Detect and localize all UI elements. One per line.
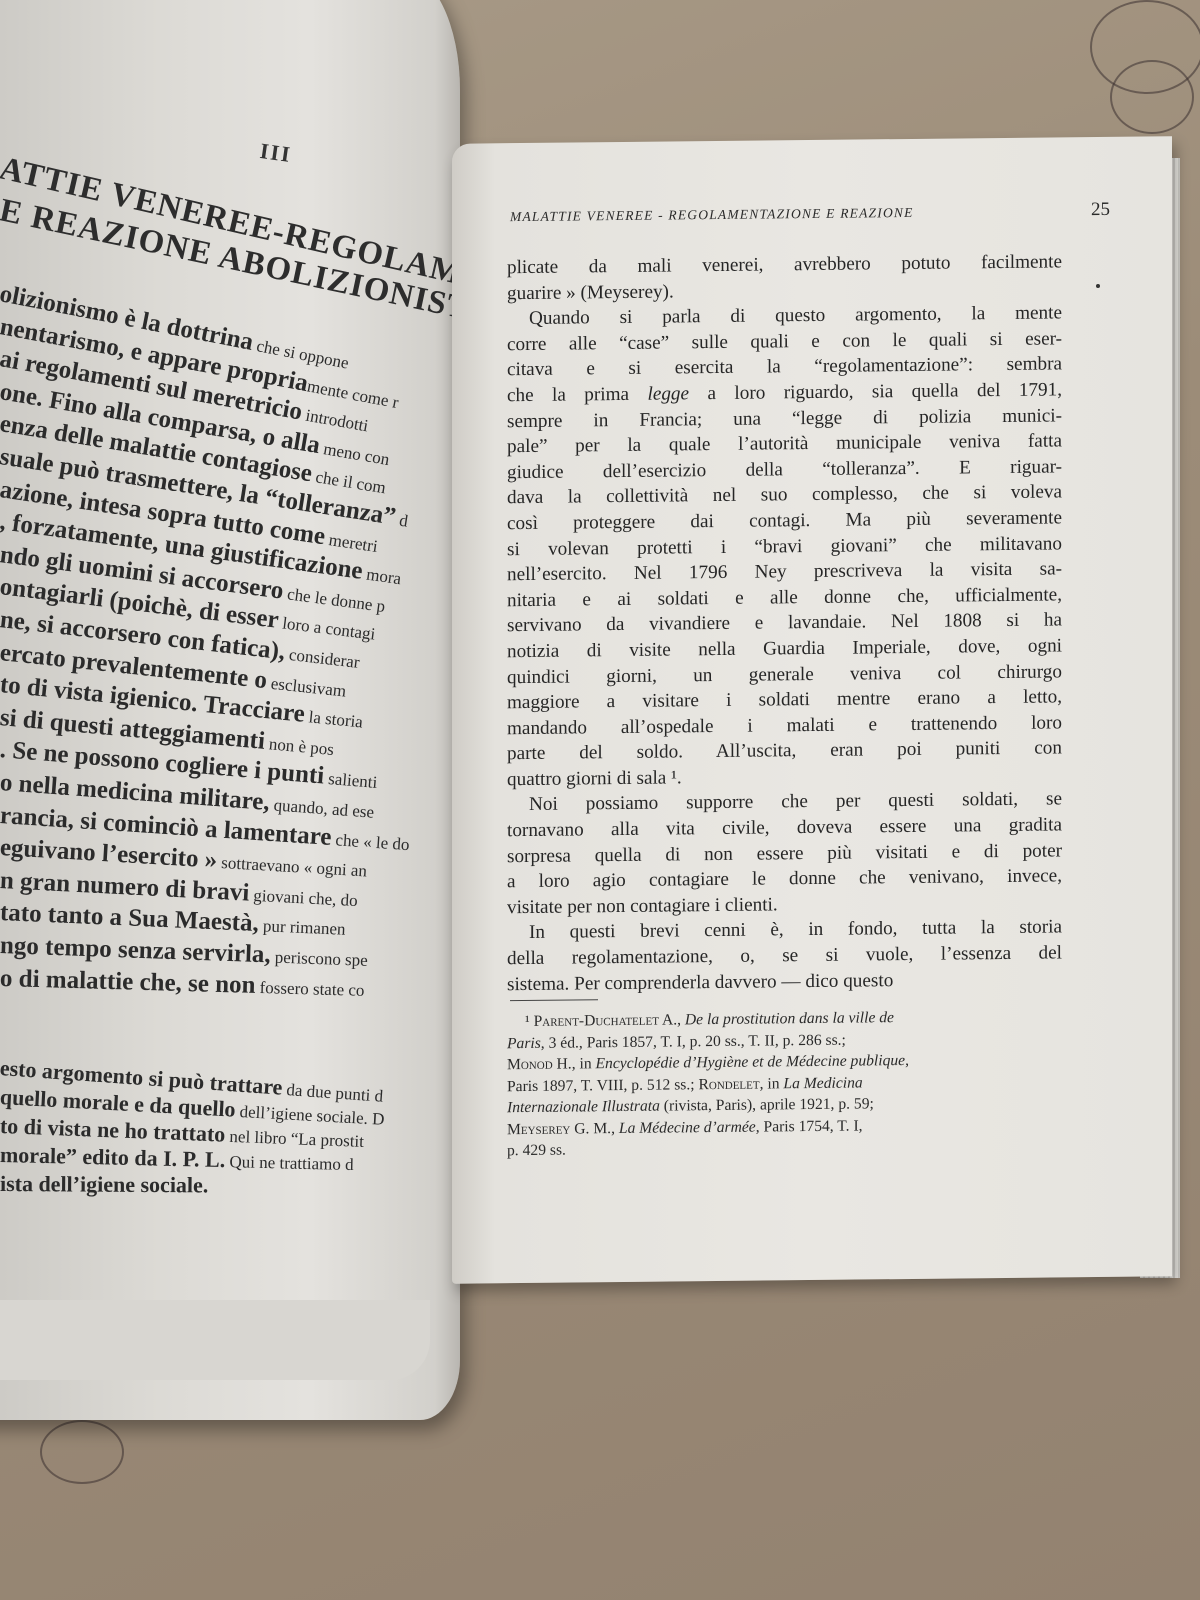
left-body-line-tail: sottraevano « ogni an	[217, 853, 368, 881]
left-body-line-tail: quando, ad ese	[269, 795, 375, 822]
left-page: III ATTIE VENEREE-REGOLAMENTAZIO E REAZI…	[0, 0, 460, 1420]
left-body-line-tail: meretri	[323, 529, 379, 556]
work-title: De la prostitution dans la ville de	[685, 1009, 894, 1028]
right-body-text: plicate da mali venerei, avrebbero potut…	[507, 249, 1062, 997]
citation-text: , in	[760, 1075, 784, 1092]
left-page-content: III ATTIE VENEREE-REGOLAMENTAZIO E REAZI…	[0, 0, 460, 1370]
paragraph: plicate da mali venerei, avrebbero potut…	[507, 249, 1062, 306]
author-name: Parent-Duchatelet A.	[534, 1011, 678, 1030]
left-body-line-main: o di malattie che, se non	[0, 965, 256, 999]
left-footnote-line-main: morale” edito da I. P. L.	[0, 1142, 226, 1172]
citation-text: p. 429 ss.	[507, 1142, 566, 1160]
footnote-marker: ¹	[525, 1013, 534, 1030]
work-title: Encyclopédie d’Hygiène et de Médecine pu…	[596, 1052, 906, 1072]
citation-text: (rivista, Paris), aprile 1921, p. 59;	[660, 1095, 874, 1114]
paragraph: Noi possiamo supporre che per questi sol…	[507, 787, 1062, 921]
paragraph: Quando si parla di questo argomento, la …	[507, 301, 1062, 793]
work-title: La Médecine d’armée	[619, 1118, 756, 1136]
left-page-edge	[0, 1300, 430, 1380]
citation-text: , in	[572, 1055, 596, 1072]
left-body-line-tail: d	[394, 510, 409, 531]
pen-scribble	[1110, 60, 1194, 134]
author-name: Meyserey G. M.	[507, 1120, 611, 1138]
citation-text: , Paris 1754, T. I,	[756, 1117, 863, 1135]
left-body-line-tail: esclusivam	[266, 673, 347, 700]
left-body-line-tail: considerar	[284, 645, 361, 672]
work-title: Paris	[507, 1034, 541, 1051]
work-title: La Medicina	[783, 1074, 862, 1092]
emphasis: legge	[647, 383, 689, 404]
page-speck	[1096, 284, 1100, 288]
text-line: sistema. Per comprenderla davvero — dico…	[507, 966, 1062, 997]
work-title: Internazionale Illustrata	[507, 1098, 660, 1117]
paragraph: In questi brevi cenni è, in fondo, tutta…	[507, 915, 1062, 998]
page-number: 25	[1091, 199, 1110, 221]
left-body-line-tail: la storia	[304, 707, 364, 732]
left-body-line-tail: pur rimanen	[258, 916, 346, 939]
author-name: Rondelet	[698, 1075, 759, 1093]
citation-text: ,	[611, 1120, 619, 1137]
left-footnote-line-tail: Qui ne trattiamo d	[225, 1152, 354, 1174]
left-footnote-line-main: ista dell’igiene sociale.	[0, 1171, 208, 1197]
footnote: ¹ Parent-Duchatelet A., De la prostituti…	[507, 1005, 1087, 1162]
left-body-line-tail: non è pos	[264, 734, 335, 759]
left-body-line-tail: fossero state co	[255, 978, 365, 1000]
citation-text: Paris 1897, T. VIII, p. 512 ss.;	[507, 1076, 698, 1095]
right-page: MALATTIE VENEREE - REGOLAMENTAZIONE E RE…	[452, 136, 1172, 1284]
running-head: MALATTIE VENEREE - REGOLAMENTAZIONE E RE…	[510, 199, 1110, 227]
chapter-number: III	[258, 138, 293, 168]
citation-text: , 3 éd., Paris 1857, T. I, p. 20 ss., T.…	[541, 1031, 846, 1051]
left-body-line-tail: che « le do	[331, 830, 410, 854]
left-body-line-tail: mora	[361, 564, 402, 588]
left-body-line-tail: giovani che, do	[249, 885, 358, 909]
left-body-line-tail: periscono spe	[270, 947, 368, 969]
left-body-line-tail: salienti	[323, 769, 378, 792]
author-name: Monod H.	[507, 1056, 572, 1074]
left-body-line-main: ngo tempo senza servirla,	[0, 932, 271, 968]
running-head-title: MALATTIE VENEREE - REGOLAMENTAZIONE E RE…	[510, 205, 914, 225]
left-footnote-line: ista dell’igiene sociale.	[0, 1171, 208, 1198]
pen-scribble	[40, 1420, 124, 1484]
citation-text: ,	[905, 1052, 909, 1069]
citation-text: ,	[677, 1011, 685, 1028]
footnote-rule	[510, 999, 598, 1001]
